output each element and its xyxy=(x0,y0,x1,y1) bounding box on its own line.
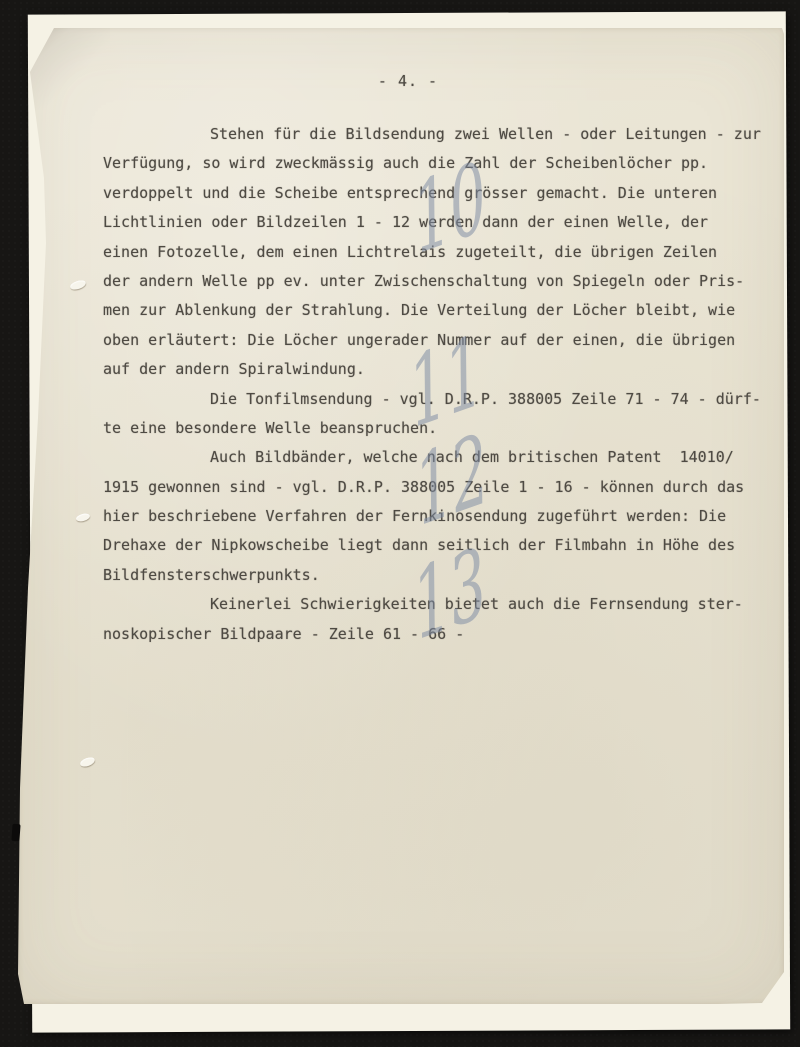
typewritten-line: Drehaxe der Nipkowscheibe liegt dann sei… xyxy=(103,531,763,560)
punch-hole xyxy=(75,512,90,522)
typewritten-line: auf der andern Spiralwindung. xyxy=(103,355,763,384)
typewritten-line: te eine besondere Welle beanspruchen. xyxy=(103,414,763,443)
typewritten-line: men zur Ablenkung der Strahlung. Die Ver… xyxy=(103,296,763,325)
typewritten-line: Verfügung, so wird zweckmässig auch die … xyxy=(103,149,763,178)
typewritten-line: Lichtlinien oder Bildzeilen 1 - 12 werde… xyxy=(103,208,763,237)
typewritten-line: hier beschriebene Verfahren der Fernkino… xyxy=(103,502,763,531)
typewritten-line: oben erläutert: Die Löcher ungerader Num… xyxy=(103,326,763,355)
typewritten-line: Die Tonfilmsendung - vgl. D.R.P. 388005 … xyxy=(103,385,763,414)
typewritten-line: Stehen für die Bildsendung zwei Wellen -… xyxy=(103,120,763,149)
edge-mark xyxy=(11,824,20,842)
typewritten-line: 1915 gewonnen sind - vgl. D.R.P. 388005 … xyxy=(103,473,763,502)
page-number: - 4. - xyxy=(103,72,713,90)
typewritten-line: Auch Bildbänder, welche nach dem britisc… xyxy=(103,443,763,472)
punch-hole xyxy=(79,756,96,769)
typewritten-line: noskopischer Bildpaare - Zeile 61 - 66 - xyxy=(103,620,763,649)
scanned-document-view: - 4. - Stehen für die Bildsendung zwei W… xyxy=(0,0,800,1047)
document-page: - 4. - Stehen für die Bildsendung zwei W… xyxy=(18,28,784,1004)
typewritten-line: Bildfensterschwerpunkts. xyxy=(103,561,763,590)
typewritten-line: verdoppelt und die Scheibe entsprechend … xyxy=(103,179,763,208)
typewritten-line: der andern Welle pp ev. unter Zwischensc… xyxy=(103,267,763,296)
typewritten-line: Keinerlei Schwierigkeiten bietet auch di… xyxy=(103,590,763,619)
typewritten-text: Stehen für die Bildsendung zwei Wellen -… xyxy=(103,120,763,649)
punch-hole xyxy=(69,279,87,292)
typewritten-line: einen Fotozelle, dem einen Lichtrelais z… xyxy=(103,238,763,267)
